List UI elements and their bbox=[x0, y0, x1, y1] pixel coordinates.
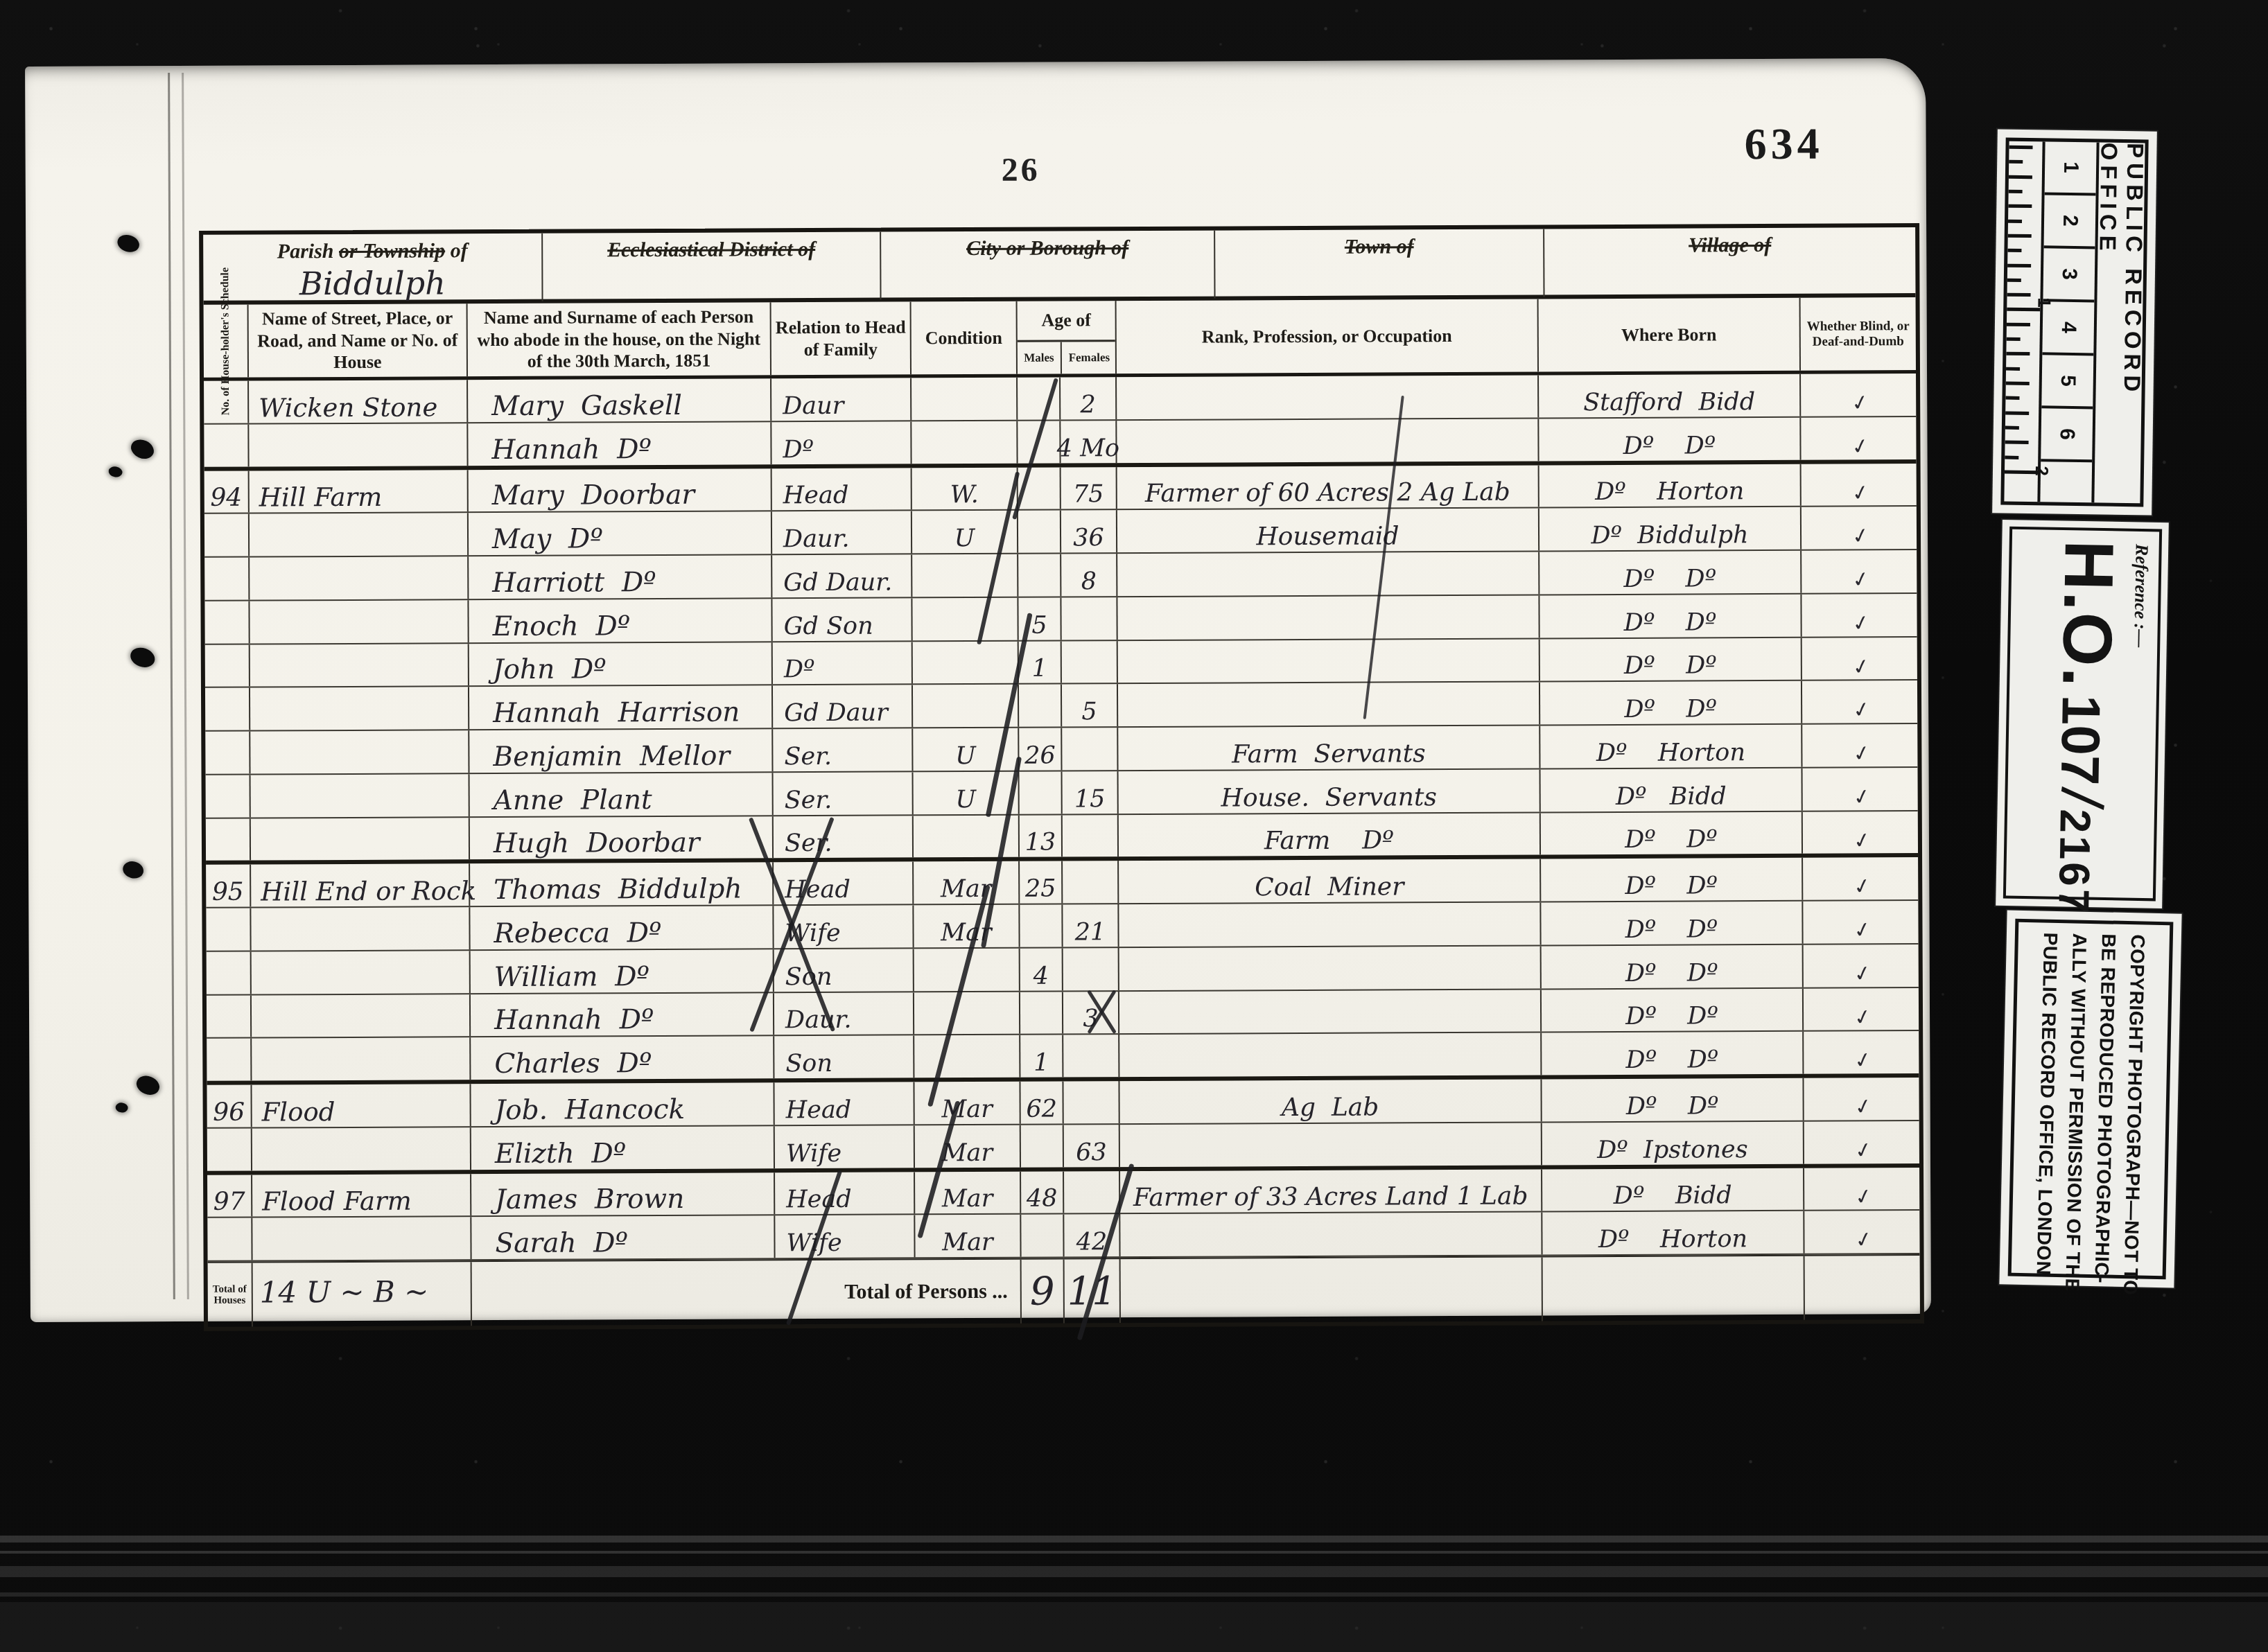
cell-street bbox=[250, 687, 469, 730]
folio-number: 634 bbox=[1744, 118, 1823, 170]
ruler-inch-scale: 1 2 bbox=[2004, 141, 2042, 502]
cell-condition bbox=[912, 597, 1018, 640]
cell-born: Dº Ipstones bbox=[1542, 1122, 1804, 1165]
cell-street: Hill End or Rock bbox=[251, 863, 470, 906]
table-row: 95Hill End or RockThomas BiddulphHeadMar… bbox=[206, 857, 1918, 908]
cell-schedule bbox=[207, 1039, 252, 1081]
col-header-age: Age of Males Females bbox=[1018, 301, 1117, 374]
table-row: Charles DºSon1Dº Dº✓ bbox=[207, 1031, 1919, 1085]
cell-occupation: Housemaid bbox=[1117, 509, 1539, 552]
scan-streak bbox=[0, 1551, 2268, 1554]
cell-schedule bbox=[205, 688, 250, 730]
cell-relation: Gd Daur bbox=[773, 685, 913, 728]
ruler-inch-number: 2 bbox=[2031, 466, 2052, 476]
table-row: Benjamin MellorSer.U26Farm ServantsDº Ho… bbox=[205, 724, 1917, 775]
cell-relation: Daur. bbox=[774, 992, 914, 1035]
cell-age_m: 4 bbox=[1020, 948, 1063, 990]
table-row: 94Hill FarmMary DoorbarHeadW.75Farmer of… bbox=[204, 464, 1917, 515]
cell-condition bbox=[914, 1035, 1020, 1078]
cell-schedule bbox=[207, 951, 252, 994]
cell-born: Dº Dº bbox=[1539, 595, 1802, 638]
cell-name: James Brown bbox=[471, 1172, 775, 1216]
cell-occupation bbox=[1118, 639, 1540, 683]
cell-street bbox=[251, 907, 470, 950]
cell-born: Dº Dº bbox=[1542, 1032, 1804, 1075]
cell-age_m: 25 bbox=[1020, 861, 1063, 904]
cell-street: Flood Farm bbox=[252, 1174, 471, 1217]
table-row: John DºDº1Dº Dº✓ bbox=[205, 638, 1917, 689]
scan-streak bbox=[0, 1536, 2268, 1543]
cell-name: Mary Gaskell bbox=[468, 378, 771, 422]
cell-occupation bbox=[1120, 1123, 1542, 1166]
cell-street: Hill Farm bbox=[250, 470, 469, 513]
cell-age_f bbox=[1063, 948, 1119, 990]
cell-relation: Wife bbox=[775, 1125, 915, 1168]
table-row: Sarah DºWifeMar42Dº Horton✓ bbox=[207, 1211, 1919, 1262]
reference-piece: 2167 bbox=[2048, 809, 2100, 916]
parish-value: Biddulph bbox=[203, 264, 541, 303]
col-header-schedule: No. of House-holder's Schedule bbox=[204, 305, 249, 378]
col-header-infirm: Whether Blind, or Deaf-and-Dumb bbox=[1801, 297, 1916, 371]
cell-age_f bbox=[1063, 815, 1119, 857]
cell-age_f: 36 bbox=[1061, 510, 1117, 552]
cell-age_f bbox=[1064, 1171, 1120, 1213]
reference-number: H.O. 107 / 2167 bbox=[2042, 540, 2128, 917]
cell-born: Dº Dº bbox=[1539, 418, 1801, 461]
cell-age_f bbox=[1062, 641, 1118, 683]
table-row: Anne PlantSer.U15House. ServantsDº Bidd✓ bbox=[206, 768, 1918, 819]
cell-schedule: 95 bbox=[206, 865, 251, 907]
cell-occupation bbox=[1117, 375, 1539, 419]
cell-relation: Dº bbox=[773, 642, 913, 685]
pro-ruler-title: PUBLIC RECORD OFFICE bbox=[2091, 142, 2145, 503]
cell-age_m bbox=[1018, 511, 1061, 553]
cell-name: Hugh Doorbar bbox=[470, 816, 774, 860]
cell-street bbox=[252, 1127, 471, 1170]
cell-born: Dº Horton bbox=[1542, 1211, 1804, 1254]
cell-age_f: 2 bbox=[1061, 377, 1117, 419]
cell-street: Flood bbox=[252, 1084, 471, 1127]
cell-age_f bbox=[1063, 1081, 1119, 1123]
location-section-town: Town of bbox=[1215, 229, 1544, 298]
cell-age_m: 13 bbox=[1020, 815, 1063, 857]
cell-street bbox=[250, 644, 469, 687]
cell-relation: Head bbox=[772, 468, 912, 511]
cell-relation: Ser. bbox=[773, 728, 913, 771]
cell-street bbox=[251, 818, 470, 861]
col-header-street: Name of Street, Place, or Road, and Name… bbox=[249, 304, 468, 377]
cell-age_f bbox=[1061, 597, 1117, 640]
cell-condition bbox=[912, 554, 1018, 597]
cell-occupation bbox=[1117, 419, 1539, 462]
cell-born: Dº Dº bbox=[1541, 902, 1803, 944]
column-header-row: No. of House-holder's Schedule Name of S… bbox=[204, 297, 1916, 381]
cell-born: Dº Horton bbox=[1540, 725, 1802, 768]
table-row: May DºDaur.U36HousemaidDº Biddulph✓ bbox=[204, 507, 1917, 558]
cell-street bbox=[250, 513, 469, 556]
table-row: Hannah DºDº4 MoDº Dº✓ bbox=[204, 417, 1916, 471]
ruler-inch-number: 1 bbox=[2033, 297, 2055, 308]
cell-schedule: 96 bbox=[207, 1085, 252, 1127]
table-row: Hannah HarrisonGd Daur5Dº Dº✓ bbox=[205, 680, 1917, 732]
col-header-occupation: Rank, Profession, or Occupation bbox=[1117, 299, 1539, 374]
cell-street bbox=[252, 1037, 471, 1080]
cell-occupation: Farmer of 60 Acres 2 Ag Lab bbox=[1117, 465, 1539, 509]
census-table: Parish or Township of Biddulph Ecclesias… bbox=[199, 223, 1924, 1331]
cell-schedule bbox=[204, 424, 249, 466]
cell-name: John Dº bbox=[469, 642, 773, 686]
cell-name: Sarah Dº bbox=[471, 1216, 775, 1260]
cell-born: Dº Dº bbox=[1542, 988, 1804, 1031]
table-row: Rebecca DºWifeMar21Dº Dº✓ bbox=[206, 901, 1918, 952]
parish-label: Parish or Township of bbox=[203, 234, 541, 264]
cell-age_m: 1 bbox=[1020, 1035, 1063, 1078]
col-header-relation: Relation to Head of Family bbox=[771, 301, 911, 375]
cell-name: Rebecca Dº bbox=[470, 906, 774, 949]
cell-age_f bbox=[1063, 861, 1119, 903]
totals-empty-infirm bbox=[1805, 1256, 1920, 1320]
col-header-age-females: Females bbox=[1061, 342, 1117, 374]
col-header-condition: Condition bbox=[911, 301, 1018, 375]
location-header-row: Parish or Township of Biddulph Ecclesias… bbox=[203, 227, 1915, 305]
cell-born: Dº Dº bbox=[1540, 681, 1802, 724]
cell-schedule bbox=[207, 995, 252, 1037]
cell-occupation: Farm Dº bbox=[1119, 813, 1541, 856]
total-houses-value: 14 U ~ B ~ bbox=[253, 1262, 472, 1326]
cell-schedule bbox=[204, 558, 250, 600]
census-page: 26 634 Parish or Township of Biddulph Ec… bbox=[25, 58, 1931, 1322]
cell-name: Charles Dº bbox=[471, 1037, 774, 1080]
table-row: Harriott DºGd Daur.8Dº Dº✓ bbox=[204, 550, 1917, 601]
cell-name: Thomas Biddulph bbox=[470, 863, 774, 906]
cell-name: Harriott Dº bbox=[469, 555, 772, 599]
cell-age_m: 48 bbox=[1021, 1171, 1064, 1213]
cell-street bbox=[250, 556, 469, 599]
table-row: William DºSon4Dº Dº✓ bbox=[207, 944, 1919, 996]
pro-ruler-label: PUBLIC RECORD OFFICE 1 2 3 4 5 6 1 2 bbox=[1992, 129, 2157, 515]
col-header-born: Where Born bbox=[1539, 298, 1801, 372]
cell-relation: Son bbox=[774, 1036, 914, 1079]
cell-born: Stafford Bidd bbox=[1539, 374, 1801, 417]
table-row: 96FloodJob. HancockHeadMar62Ag LabDº Dº✓ bbox=[207, 1078, 1919, 1129]
cell-occupation bbox=[1118, 683, 1540, 726]
total-houses-label: Total of Houses bbox=[208, 1263, 253, 1327]
cell-relation: Wife bbox=[775, 1215, 915, 1258]
cell-condition: Mar bbox=[914, 905, 1020, 947]
cell-age_m bbox=[1020, 904, 1063, 947]
cell-schedule: 97 bbox=[207, 1175, 252, 1217]
cell-relation: Ser. bbox=[774, 816, 914, 859]
totals-empty-occupation bbox=[1121, 1257, 1543, 1323]
cell-condition bbox=[913, 685, 1019, 727]
cell-condition: Mar bbox=[915, 1125, 1021, 1167]
cell-name: Elizth Dº bbox=[471, 1126, 775, 1170]
binding-crease bbox=[168, 73, 175, 1299]
copyright-notice: COPYRIGHT PHOTOGRAPH—NOT TO BE REPRODUCE… bbox=[2008, 919, 2174, 1280]
cell-age_f bbox=[1063, 1035, 1119, 1077]
cell-schedule: 94 bbox=[204, 471, 250, 513]
table-row: Hugh DoorbarSer.13Farm DºDº Dº✓ bbox=[206, 811, 1918, 865]
cell-occupation bbox=[1117, 595, 1539, 639]
cell-schedule bbox=[204, 514, 250, 556]
reference-dept: H.O. bbox=[2046, 540, 2129, 689]
cell-born: Dº Dº bbox=[1542, 945, 1804, 988]
cell-age_m bbox=[1018, 554, 1061, 596]
punch-hole bbox=[115, 232, 141, 255]
cell-schedule bbox=[206, 818, 251, 861]
table-row: Wicken StoneMary GaskellDaur2Stafford Bi… bbox=[204, 374, 1916, 425]
cell-schedule bbox=[204, 601, 250, 643]
cell-age_m: 62 bbox=[1020, 1081, 1063, 1123]
cell-schedule bbox=[205, 732, 250, 774]
cell-occupation bbox=[1120, 1213, 1542, 1256]
cell-age_f: 75 bbox=[1061, 467, 1117, 509]
cell-schedule bbox=[207, 1128, 252, 1170]
scan-streak bbox=[0, 1592, 2268, 1597]
location-section-ecclesiastical: Ecclesiastical District of bbox=[543, 232, 881, 301]
cell-street: Wicken Stone bbox=[249, 380, 468, 423]
photographed-census-scan: 26 634 Parish or Township of Biddulph Ec… bbox=[0, 0, 2268, 1652]
cell-born: Dº Dº bbox=[1541, 811, 1803, 854]
cell-age_m bbox=[1020, 771, 1063, 814]
punch-hole bbox=[128, 644, 157, 671]
cell-street bbox=[250, 600, 469, 643]
cell-born: Dº Dº bbox=[1540, 638, 1802, 680]
scan-streak bbox=[0, 1566, 2268, 1577]
cell-relation: Son bbox=[774, 949, 914, 992]
cell-relation: Daur. bbox=[772, 511, 912, 554]
cell-age_f: 63 bbox=[1064, 1125, 1120, 1167]
cell-schedule bbox=[205, 644, 250, 687]
reference-series: 107 bbox=[2048, 694, 2113, 786]
cell-relation: Head bbox=[774, 862, 914, 905]
cell-age_m bbox=[1020, 992, 1063, 1034]
cell-occupation bbox=[1119, 990, 1542, 1033]
ruler-ticks bbox=[2005, 146, 2043, 475]
table-row: Elizth DºWifeMar63Dº Ipstones✓ bbox=[207, 1121, 1919, 1175]
table-rows: Wicken StoneMary GaskellDaur2Stafford Bi… bbox=[204, 374, 1920, 1262]
cell-age_f: 21 bbox=[1063, 904, 1119, 947]
cell-born: Dº Dº bbox=[1539, 551, 1802, 594]
cell-occupation bbox=[1119, 946, 1542, 990]
cell-relation: Gd Daur. bbox=[772, 554, 912, 597]
cell-relation: Head bbox=[774, 1082, 914, 1125]
cell-street bbox=[249, 423, 468, 466]
cell-name: Benjamin Mellor bbox=[469, 729, 773, 773]
cell-relation: Ser. bbox=[774, 772, 914, 815]
cell-street bbox=[252, 951, 471, 994]
punch-hole bbox=[134, 1073, 162, 1098]
cell-age_f: 8 bbox=[1061, 554, 1117, 596]
cell-name: Mary Doorbar bbox=[469, 468, 772, 512]
table-row: 97Flood FarmJames BrownHeadMar48Farmer o… bbox=[207, 1168, 1919, 1219]
cell-age_m bbox=[1021, 1125, 1064, 1167]
cell-age_m bbox=[1021, 1215, 1064, 1257]
cell-name: Enoch Dº bbox=[469, 599, 772, 642]
reference-separator: / bbox=[2045, 784, 2118, 811]
cell-name: Hannah Dº bbox=[468, 422, 771, 466]
cell-occupation: Farmer of 33 Acres Land 1 Lab bbox=[1120, 1169, 1542, 1213]
cell-age_f: 15 bbox=[1063, 771, 1119, 814]
cell-relation: Dº bbox=[771, 421, 911, 464]
cell-name: Job. Hancock bbox=[471, 1082, 774, 1126]
cell-condition: Mar bbox=[914, 861, 1020, 904]
scan-band bbox=[0, 1602, 2268, 1652]
location-section-city-borough: City or Borough of bbox=[881, 231, 1215, 300]
cell-age_f: 4 Mo bbox=[1061, 421, 1117, 463]
cell-occupation: Coal Miner bbox=[1119, 859, 1541, 903]
cell-occupation bbox=[1119, 1033, 1542, 1077]
cell-condition bbox=[913, 641, 1019, 683]
table-row: Hannah DºDaur.3Dº Dº✓ bbox=[207, 988, 1919, 1039]
cell-age_m bbox=[1019, 685, 1062, 727]
total-persons-label: Total of Persons ... bbox=[472, 1260, 1022, 1326]
cell-condition bbox=[911, 378, 1018, 420]
cell-age_f bbox=[1062, 728, 1118, 770]
cell-schedule bbox=[207, 1218, 252, 1260]
binding-crease bbox=[182, 73, 189, 1299]
pro-reference-label: Reference :— H.O. 107 / 2167 bbox=[1996, 520, 2169, 908]
cell-name: William Dº bbox=[471, 949, 774, 993]
col-header-name: Name and Surname of each Person who abod… bbox=[468, 302, 771, 376]
punch-hole bbox=[121, 859, 146, 881]
totals-empty-born bbox=[1543, 1256, 1805, 1321]
cell-born: Dº Bidd bbox=[1542, 1168, 1804, 1211]
cell-age_f: 5 bbox=[1062, 684, 1118, 726]
sheet-number: 26 bbox=[1002, 151, 1040, 189]
cell-condition bbox=[914, 992, 1020, 1034]
cell-condition bbox=[911, 421, 1018, 463]
location-section-parish: Parish or Township of Biddulph bbox=[203, 234, 543, 303]
reference-caption: Reference :— bbox=[2129, 544, 2152, 648]
cell-name: Hannah Dº bbox=[471, 993, 774, 1037]
table-row: Enoch DºGd Son5Dº Dº✓ bbox=[204, 594, 1917, 645]
cell-schedule bbox=[206, 775, 251, 817]
cell-occupation: Ag Lab bbox=[1119, 1079, 1542, 1123]
cell-occupation: House. Servants bbox=[1119, 769, 1541, 813]
cell-born: Dº Dº bbox=[1541, 858, 1803, 901]
cell-born: Dº Horton bbox=[1539, 464, 1802, 507]
cell-condition: U bbox=[914, 771, 1020, 814]
cell-born: Dº Bidd bbox=[1541, 768, 1803, 811]
cell-condition: Mar bbox=[915, 1215, 1021, 1257]
ruler-cm-scale: 1 2 3 4 5 6 bbox=[2037, 141, 2096, 502]
cell-schedule bbox=[206, 908, 251, 951]
cell-occupation bbox=[1119, 902, 1541, 946]
cell-name: Anne Plant bbox=[470, 773, 774, 816]
cell-condition: W. bbox=[912, 467, 1018, 509]
cell-street bbox=[251, 774, 470, 817]
cell-age_m: 26 bbox=[1019, 728, 1062, 770]
cell-name: Hannah Harrison bbox=[469, 686, 773, 730]
cell-born: Dº Biddulph bbox=[1539, 507, 1802, 550]
location-section-village: Village of bbox=[1544, 227, 1915, 297]
cell-relation: Head bbox=[775, 1172, 915, 1215]
punch-hole bbox=[128, 437, 157, 462]
cell-street bbox=[252, 994, 471, 1037]
pro-copyright-label: COPYRIGHT PHOTOGRAPH—NOT TO BE REPRODUCE… bbox=[1999, 910, 2181, 1288]
cell-street bbox=[252, 1217, 471, 1260]
cell-name: May Dº bbox=[469, 512, 772, 556]
total-persons-males: 9 bbox=[1022, 1259, 1065, 1323]
cell-street bbox=[250, 730, 469, 773]
cell-occupation bbox=[1117, 552, 1539, 595]
totals-row: Total of Houses 14 U ~ B ~ Total of Pers… bbox=[208, 1254, 1920, 1327]
col-header-age-males: Males bbox=[1018, 342, 1061, 374]
cell-relation: Gd Son bbox=[772, 598, 912, 641]
cell-relation: Daur bbox=[771, 378, 911, 421]
punch-hole bbox=[115, 1102, 129, 1113]
cell-occupation: Farm Servants bbox=[1118, 726, 1540, 769]
punch-hole bbox=[107, 466, 123, 478]
cell-born: Dº Dº bbox=[1542, 1078, 1804, 1121]
